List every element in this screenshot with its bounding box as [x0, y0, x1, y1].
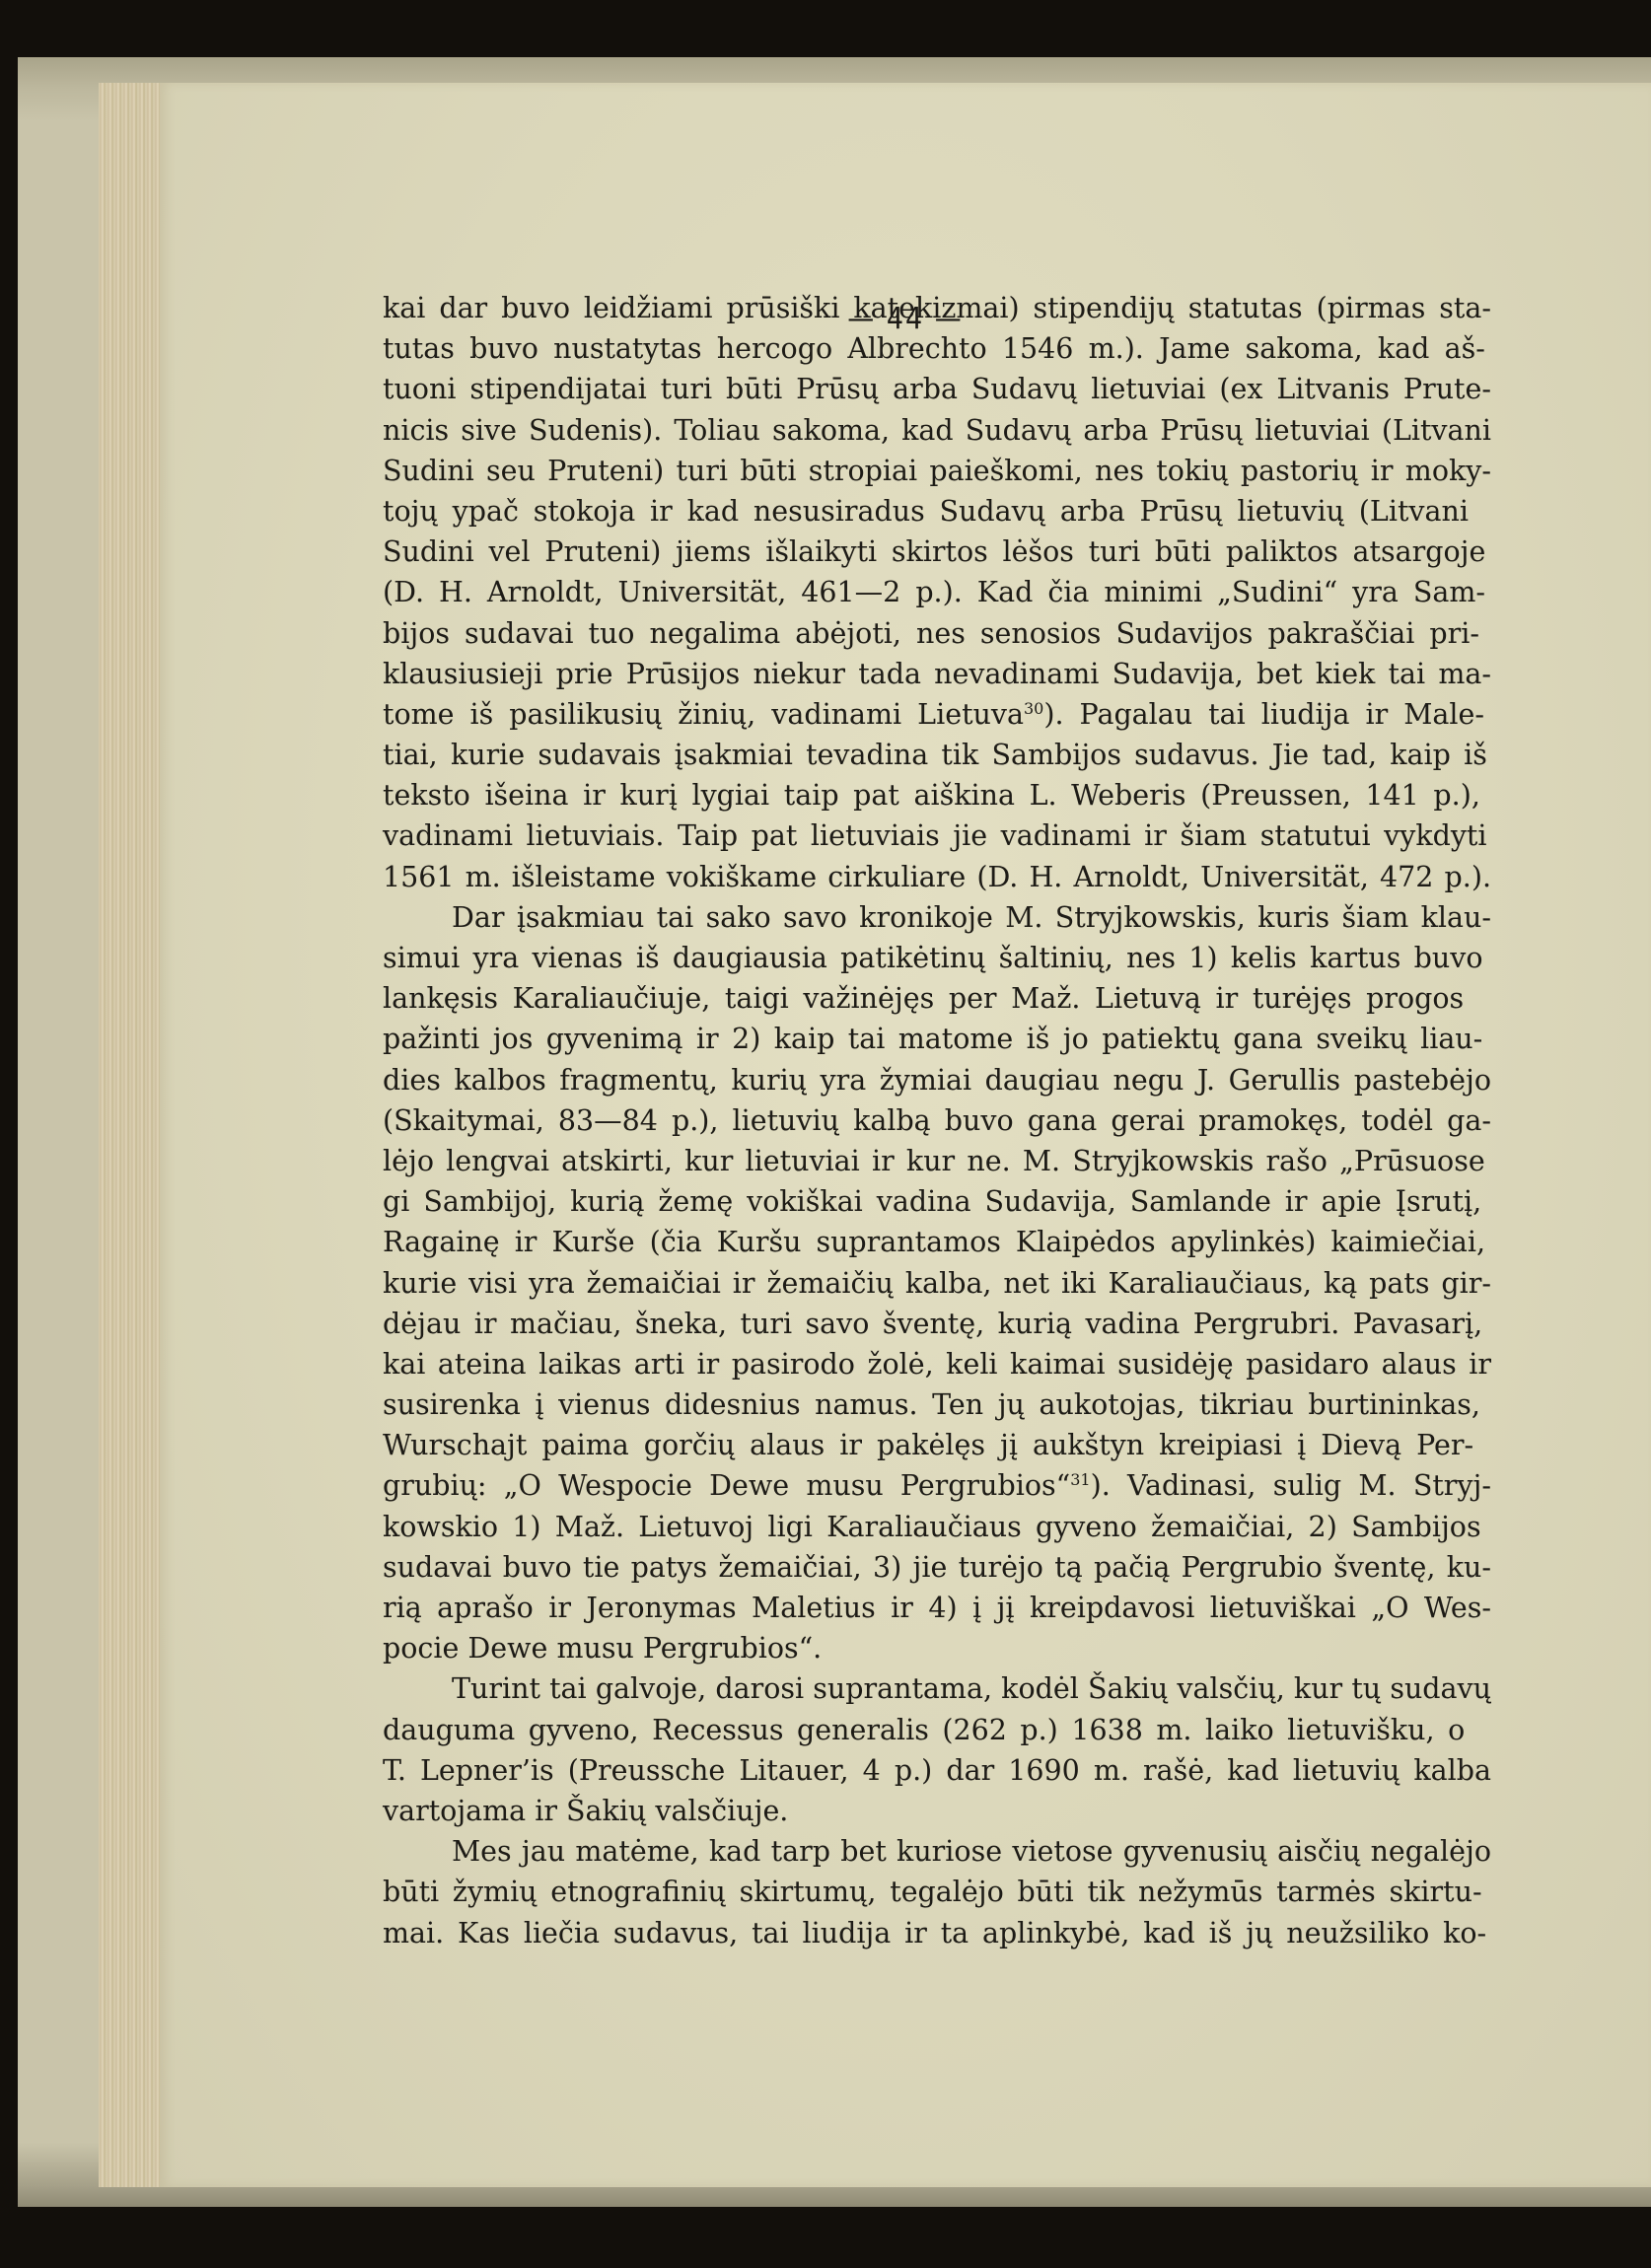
line-text: nicis sive Sudenis). Toliau sakoma, kad … [383, 414, 1491, 447]
line-text: Mes jau matėme, kad tarp bet kuriose vie… [452, 1835, 1491, 1868]
text-line: Turint tai galvoje, darosi suprantama, k… [383, 1668, 1491, 1709]
line-text: Ragainę ir Kurše (čia Kuršu suprantamos … [383, 1226, 1485, 1258]
line-text: rią aprašo ir Jeronymas Maletius ir 4) į… [383, 1592, 1491, 1624]
text-line: gi Sambijoj, kurią žemę vokiškai vadina … [383, 1181, 1491, 1222]
line-text-tail: ). Pagalau tai liudija ir Male- [1043, 698, 1484, 731]
text-line: nicis sive Sudenis). Toliau sakoma, kad … [383, 410, 1491, 451]
line-text: grubių: „O Wespocie Dewe musu Pergrubios… [383, 1469, 1070, 1502]
text-line: dies kalbos fragmentų, kurių yra žymiai … [383, 1060, 1491, 1100]
text-line: pocie Dewe musu Pergrubios“. [383, 1628, 1491, 1668]
line-text: tojų ypač stokoja ir kad nesusiradus Sud… [383, 495, 1469, 528]
line-text: kurie visi yra žemaičiai ir žemaičių kal… [383, 1267, 1491, 1300]
text-line: pažinti jos gyvenimą ir 2) kaip tai mato… [383, 1019, 1491, 1059]
line-text: tome iš pasilikusių žinių, vadinami Liet… [383, 698, 1024, 731]
text-line: vartojama ir Šakių valsčiuje. [383, 1791, 1491, 1831]
line-text-tail: ). Vadinasi, sulig M. Stryj- [1091, 1469, 1491, 1502]
line-text: kai dar buvo leidžiami prūsiški katekizm… [383, 292, 1491, 324]
text-line: kowskio 1) Maž. Lietuvoj ligi Karaliauči… [383, 1507, 1491, 1547]
line-text: (D. H. Arnoldt, Universität, 461—2 p.). … [383, 576, 1485, 608]
line-text: pažinti jos gyvenimą ir 2) kaip tai mato… [383, 1023, 1482, 1055]
text-line: Wurschajt paima gorčių alaus ir pakėlęs … [383, 1425, 1491, 1465]
line-text: pocie Dewe musu Pergrubios“. [383, 1632, 822, 1665]
text-line: lankęsis Karaliaučiuje, taigi važinėjęs … [383, 978, 1491, 1019]
line-text: lankęsis Karaliaučiuje, taigi važinėjęs … [383, 982, 1464, 1015]
line-text: kowskio 1) Maž. Lietuvoj ligi Karaliauči… [383, 1511, 1481, 1543]
text-line: simui yra vienas iš daugiausia patikėtin… [383, 938, 1491, 978]
text-line: sudavai buvo tie patys žemaičiai, 3) jie… [383, 1547, 1491, 1588]
text-line: Mes jau matėme, kad tarp bet kuriose vie… [383, 1831, 1491, 1872]
line-text: Sudini seu Pruteni) turi būti stropiai p… [383, 455, 1491, 487]
line-text: gi Sambijoj, kurią žemę vokiškai vadina … [383, 1185, 1481, 1218]
line-text: tuoni stipendijatai turi būti Prūsų arba… [383, 373, 1491, 405]
text-line: tiai, kurie sudavais įsakmiai tevadina t… [383, 735, 1491, 775]
body-text: kai dar buvo leidžiami prūsiški katekizm… [383, 288, 1491, 1953]
line-text: klausiusieji prie Prūsijos niekur tada n… [383, 658, 1491, 690]
line-text: tutas buvo nustatytas hercogo Albrechto … [383, 332, 1485, 365]
text-line: dauguma gyveno, Recessus generalis (262 … [383, 1710, 1491, 1750]
line-text: dėjau ir mačiau, šneka, turi savo šventę… [383, 1308, 1482, 1340]
text-line: tojų ypač stokoja ir kad nesusiradus Sud… [383, 491, 1491, 532]
text-line: mai. Kas liečia sudavus, tai liudija ir … [383, 1913, 1491, 1953]
text-line: kurie visi yra žemaičiai ir žemaičių kal… [383, 1263, 1491, 1304]
text-line: tutas buvo nustatytas hercogo Albrechto … [383, 328, 1491, 369]
footnote-ref[interactable]: 30 [1024, 699, 1043, 718]
line-text: Wurschajt paima gorčių alaus ir pakėlęs … [383, 1429, 1473, 1461]
text-line: Sudini seu Pruteni) turi būti stropiai p… [383, 451, 1491, 491]
line-text: Turint tai galvoje, darosi suprantama, k… [452, 1672, 1491, 1705]
text-line: susirenka į vienus didesnius namus. Ten … [383, 1384, 1491, 1425]
text-line: grubių: „O Wespocie Dewe musu Pergrubios… [383, 1465, 1491, 1506]
line-text: susirenka į vienus didesnius namus. Ten … [383, 1388, 1480, 1421]
line-text: (Skaitymai, 83—84 p.), lietuvių kalbą bu… [383, 1104, 1491, 1137]
line-text: simui yra vienas iš daugiausia patikėtin… [383, 942, 1483, 974]
line-text: vadinami lietuviais. Taip pat lietuviais… [383, 819, 1487, 852]
text-line: (D. H. Arnoldt, Universität, 461—2 p.). … [383, 572, 1491, 612]
text-line: Ragainę ir Kurše (čia Kuršu suprantamos … [383, 1222, 1491, 1262]
line-text: bijos sudavai tuo negalima abėjoti, nes … [383, 617, 1479, 650]
text-line: (Skaitymai, 83—84 p.), lietuvių kalbą bu… [383, 1100, 1491, 1141]
text-line: lėjo lengvai atskirti, kur lietuviai ir … [383, 1141, 1491, 1181]
line-text: Sudini vel Pruteni) jiems išlaikyti skir… [383, 535, 1485, 568]
line-text: teksto išeina ir kurį lygiai taip pat ai… [383, 779, 1480, 812]
text-line: Sudini vel Pruteni) jiems išlaikyti skir… [383, 532, 1491, 572]
text-line: bijos sudavai tuo negalima abėjoti, nes … [383, 613, 1491, 654]
line-text: T. Lepner’is (Preussche Litauer, 4 p.) d… [383, 1754, 1491, 1787]
text-line: 1561 m. išleistame vokiškame cirkuliare … [383, 857, 1491, 897]
text-line: dėjau ir mačiau, šneka, turi savo šventę… [383, 1304, 1491, 1344]
line-text: kai ateina laikas arti ir pasirodo žolė,… [383, 1348, 1491, 1381]
line-text: tiai, kurie sudavais įsakmiai tevadina t… [383, 739, 1487, 771]
text-line: klausiusieji prie Prūsijos niekur tada n… [383, 654, 1491, 694]
line-text: vartojama ir Šakių valsčiuje. [383, 1795, 788, 1827]
text-line: T. Lepner’is (Preussche Litauer, 4 p.) d… [383, 1750, 1491, 1791]
text-line: tuoni stipendijatai turi būti Prūsų arba… [383, 369, 1491, 409]
line-text: lėjo lengvai atskirti, kur lietuviai ir … [383, 1145, 1485, 1177]
text-line: teksto išeina ir kurį lygiai taip pat ai… [383, 775, 1491, 815]
line-text: dies kalbos fragmentų, kurių yra žymiai … [383, 1064, 1491, 1097]
text-line: kai dar buvo leidžiami prūsiški katekizm… [383, 288, 1491, 328]
line-text: būti žymių etnografinių skirtumų, tegalė… [383, 1876, 1482, 1908]
line-text: sudavai buvo tie patys žemaičiai, 3) jie… [383, 1551, 1491, 1584]
text-line: rią aprašo ir Jeronymas Maletius ir 4) į… [383, 1588, 1491, 1628]
line-text: 1561 m. išleistame vokiškame cirkuliare … [383, 861, 1491, 893]
footnote-ref[interactable]: 31 [1070, 1470, 1090, 1489]
line-text: mai. Kas liečia sudavus, tai liudija ir … [383, 1917, 1486, 1949]
text-line: tome iš pasilikusių žinių, vadinami Liet… [383, 694, 1491, 735]
text-line: būti žymių etnografinių skirtumų, tegalė… [383, 1872, 1491, 1912]
text-line: kai ateina laikas arti ir pasirodo žolė,… [383, 1344, 1491, 1384]
text-line: Dar įsakmiau tai sako savo kronikoje M. … [383, 897, 1491, 938]
text-line: vadinami lietuviais. Taip pat lietuviais… [383, 815, 1491, 856]
page-edges [99, 83, 160, 2187]
line-text: dauguma gyveno, Recessus generalis (262 … [383, 1714, 1465, 1746]
line-text: Dar įsakmiau tai sako savo kronikoje M. … [452, 901, 1491, 934]
